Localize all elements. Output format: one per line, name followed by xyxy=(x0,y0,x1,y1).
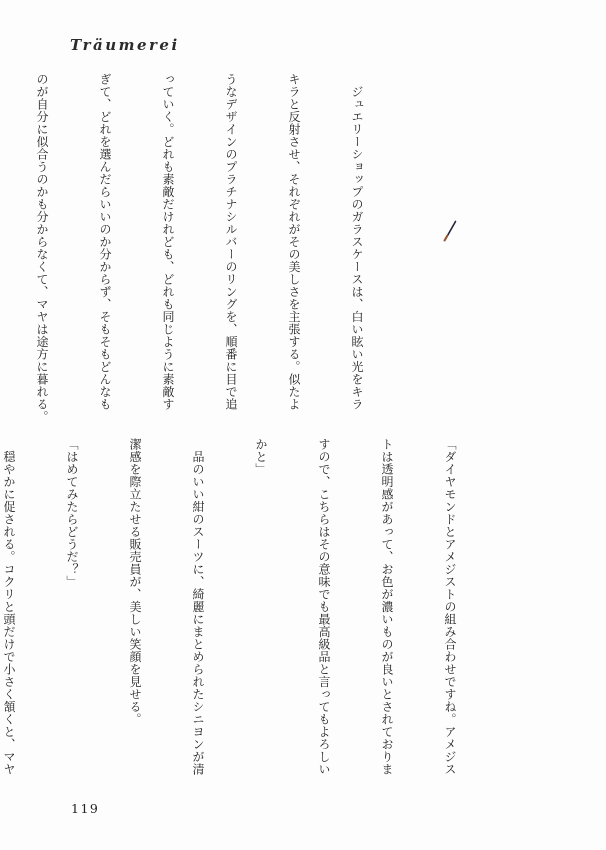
text-line: 「ダイヤモンドとアメジストの組み合わせですね。アメジス xyxy=(439,438,460,782)
text-line: うなデザインのプラチナシルバーのリングを、順番に目で追 xyxy=(220,73,241,413)
text-line: すので、こちらはその意味でも最高級品と言ってもよろしい xyxy=(313,438,334,782)
text-line: っていく。どれも素敵だけれども、どれも同じように素敵す xyxy=(157,73,178,413)
page-header-title: Träumerei xyxy=(70,36,180,54)
text-line: ぎて、どれを選んだらいいのか分からず、そもそもどんなも xyxy=(94,73,115,413)
text-line: 潔感を際立たせる販売員が、美しい笑顔を見せる。 xyxy=(124,438,145,782)
text-line: キラと反射させ、それぞれがその美しさを主張する。似たよ xyxy=(283,73,304,413)
upper-text-block: ジュエリーショップのガラスケースは、白い眩い光をキラ キラと反射させ、それぞれが… xyxy=(0,73,409,413)
lower-text-block: 「ダイヤモンドとアメジストの組み合わせですね。アメジス トは透明感があって、お色… xyxy=(0,438,502,782)
text-line: のが自分に似合うのかも分からなくて、マヤは途方に暮れる。 xyxy=(31,73,52,413)
text-line: 穏やかに促される。コクリと頭だけで小さく頷くと、マヤ xyxy=(0,438,19,782)
text-line: ジュエリーショップのガラスケースは、白い眩い光をキラ xyxy=(346,73,367,413)
page-number: 119 xyxy=(71,801,99,816)
text-line: トは透明感があって、お色が濃いものが良いとされておりま xyxy=(376,438,397,782)
ink-mark-icon xyxy=(441,217,461,245)
book-page: Träumerei ジュエリーショップのガラスケースは、白い眩い光をキラ キラと… xyxy=(0,0,606,850)
text-line: 「はめてみたらどうだ？」 xyxy=(61,438,82,782)
text-line: かと」 xyxy=(250,438,271,782)
text-line: 品のいい紺のスーツに、綺麗にまとめられたシニヨンが清 xyxy=(187,438,208,782)
